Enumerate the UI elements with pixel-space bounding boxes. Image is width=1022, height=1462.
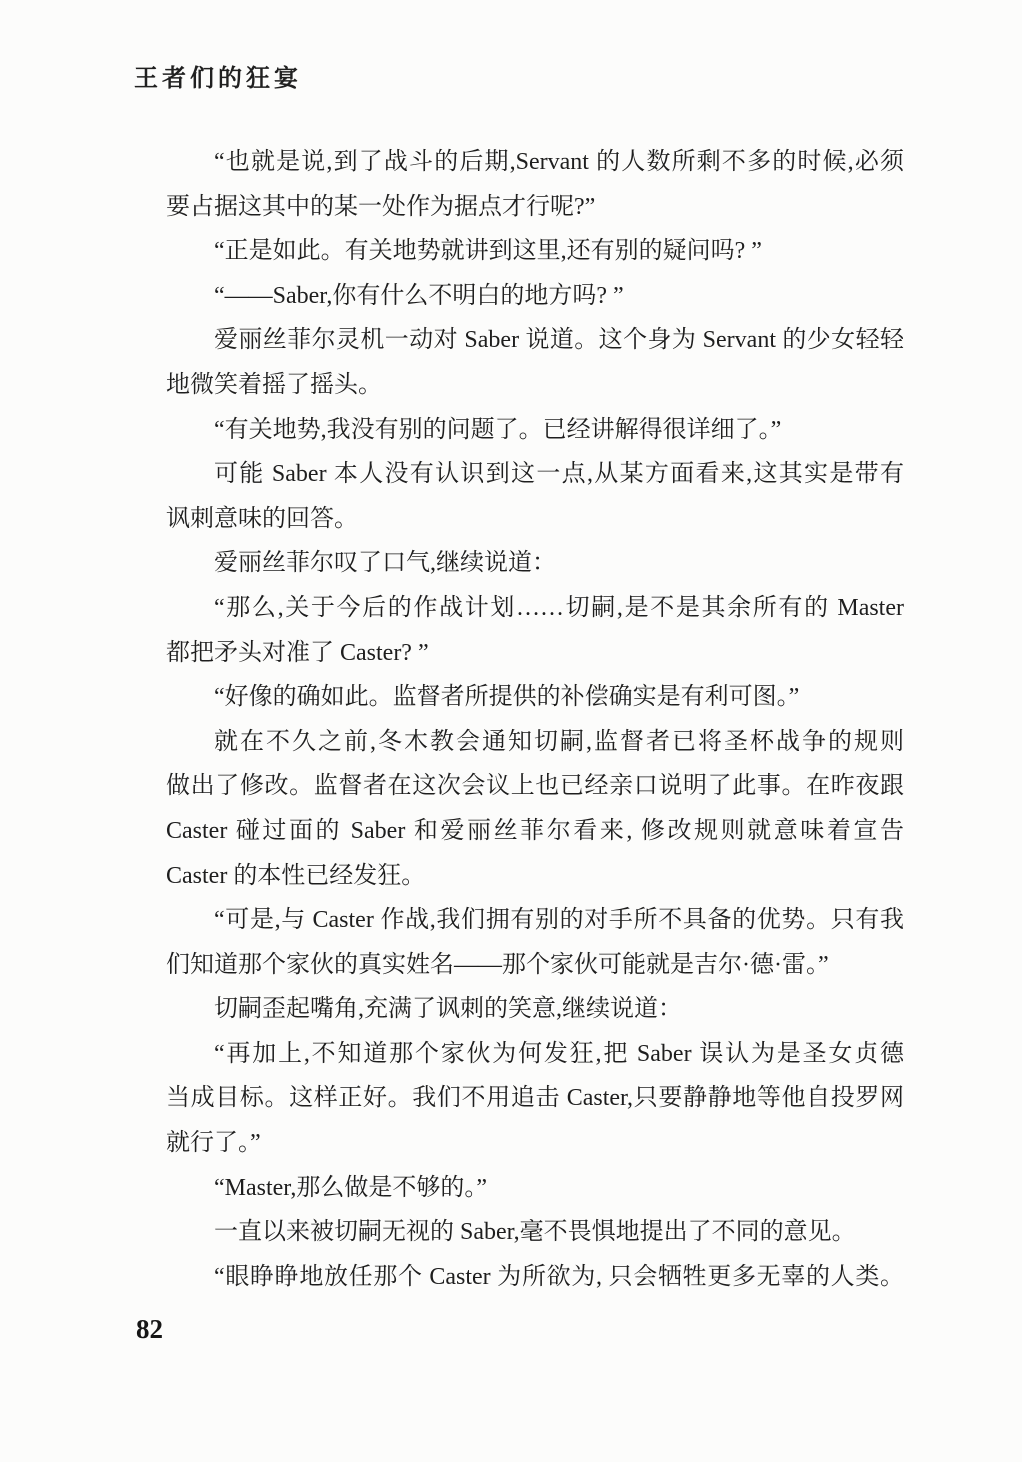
- text-line: 讽刺意味的回答。: [166, 497, 904, 542]
- text-line: 地微笑着摇了摇头。: [166, 363, 904, 408]
- text-line: “好像的确如此。监督者所提供的补偿确实是有利可图。”: [166, 675, 904, 720]
- body-text: “也就是说,到了战斗的后期,Servant 的人数所剩不多的时候,必须要占据这其…: [166, 140, 904, 1299]
- text-line: 当成目标。这样正好。我们不用追击 Caster,只要静静地等他自投罗网: [166, 1076, 904, 1121]
- text-line: 爱丽丝菲尔叹了口气,继续说道：: [166, 541, 904, 586]
- text-line: “Master,那么做是不够的。”: [166, 1166, 904, 1211]
- page-number: 82: [136, 1314, 163, 1345]
- text-line: “那么,关于今后的作战计划……切嗣,是不是其余所有的 Master: [166, 586, 904, 631]
- text-line: “眼睁睁地放任那个 Caster 为所欲为, 只会牺牲更多无辜的人类。: [166, 1255, 904, 1300]
- text-line: 都把矛头对准了 Caster? ”: [166, 631, 904, 676]
- text-line: “再加上,不知道那个家伙为何发狂,把 Saber 误认为是圣女贞德: [166, 1032, 904, 1077]
- text-line: “有关地势,我没有别的问题了。已经讲解得很详细了。”: [166, 408, 904, 453]
- text-line: “——Saber,你有什么不明白的地方吗? ”: [166, 274, 904, 319]
- text-line: “也就是说,到了战斗的后期,Servant 的人数所剩不多的时候,必须: [166, 140, 904, 185]
- running-header: 王者们的狂宴: [134, 58, 302, 93]
- text-line: 要占据这其中的某一处作为据点才行呢?”: [166, 185, 904, 230]
- text-line: “可是,与 Caster 作战,我们拥有别的对手所不具备的优势。只有我: [166, 898, 904, 943]
- text-line: “正是如此。有关地势就讲到这里,还有别的疑问吗? ”: [166, 229, 904, 274]
- text-line: 可能 Saber 本人没有认识到这一点,从某方面看来,这其实是带有: [166, 452, 904, 497]
- text-line: 爱丽丝菲尔灵机一动对 Saber 说道。这个身为 Servant 的少女轻轻: [166, 318, 904, 363]
- text-line: 就在不久之前,冬木教会通知切嗣,监督者已将圣杯战争的规则: [166, 720, 904, 765]
- text-line: Caster 的本性已经发狂。: [166, 854, 904, 899]
- text-line: 切嗣歪起嘴角,充满了讽刺的笑意,继续说道：: [166, 987, 904, 1032]
- book-page: 王者们的狂宴 “也就是说,到了战斗的后期,Servant 的人数所剩不多的时候,…: [0, 0, 1022, 1462]
- text-line: 一直以来被切嗣无视的 Saber,毫不畏惧地提出了不同的意见。: [166, 1210, 904, 1255]
- text-line: 就行了。”: [166, 1121, 904, 1166]
- text-line: 做出了修改。监督者在这次会议上也已经亲口说明了此事。在昨夜跟: [166, 764, 904, 809]
- text-line: Caster 碰过面的 Saber 和爱丽丝菲尔看来, 修改规则就意味着宣告: [166, 809, 904, 854]
- text-line: 们知道那个家伙的真实姓名——那个家伙可能就是吉尔·德·雷。”: [166, 943, 904, 988]
